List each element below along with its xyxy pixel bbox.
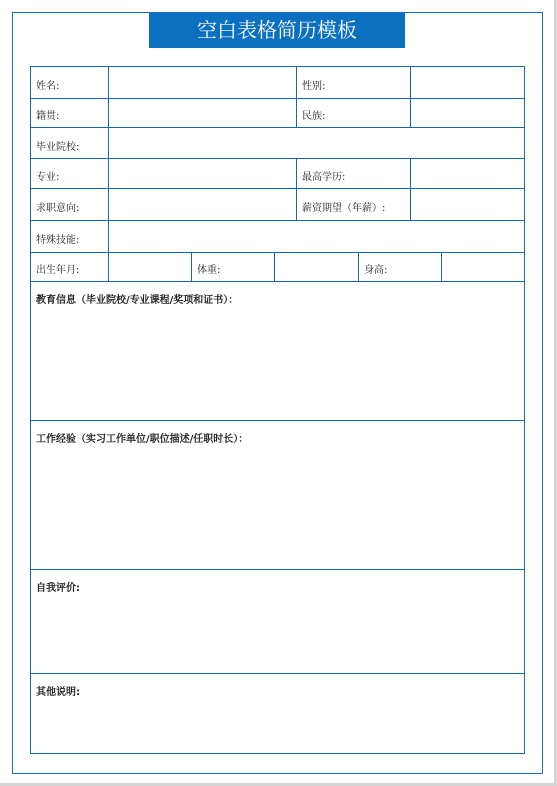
job-intention-field[interactable] — [108, 188, 297, 221]
height-field[interactable] — [441, 252, 525, 282]
self-evaluation-section[interactable] — [30, 569, 525, 674]
school-field[interactable] — [108, 127, 525, 159]
ethnicity-field[interactable] — [410, 98, 525, 128]
salary-label: 薪资期望（年薪）: — [302, 199, 385, 214]
salary-field[interactable] — [410, 188, 525, 221]
skills-label: 特殊技能: — [36, 231, 79, 246]
self-evaluation-label: 自我评价: — [36, 579, 80, 594]
gender-field[interactable] — [410, 66, 525, 99]
major-label: 专业: — [36, 168, 59, 183]
ethnicity-label: 民族: — [302, 107, 325, 122]
major-field[interactable] — [108, 158, 297, 189]
job-intention-label: 求职意向: — [36, 199, 79, 214]
skills-field[interactable] — [108, 220, 525, 253]
education-section-label: 教育信息（毕业院校/专业课程/奖项和证书）： — [36, 291, 238, 306]
native-place-field[interactable] — [108, 98, 297, 128]
other-notes-section[interactable] — [30, 673, 525, 754]
name-label: 姓名: — [36, 77, 59, 92]
native-place-label: 籍贯: — [36, 107, 59, 122]
work-section-label: 工作经验（实习工作单位/职位描述/任职时长）： — [36, 430, 248, 445]
height-label: 身高: — [364, 261, 387, 276]
school-label: 毕业院校: — [36, 138, 79, 153]
education-level-field[interactable] — [410, 158, 525, 189]
gender-label: 性别: — [302, 77, 325, 92]
resume-page: 空白表格简历模板 姓名: 性别: 籍贯: 民族: 毕业院校: 专业: 最高学历:… — [0, 0, 554, 783]
weight-field[interactable] — [274, 252, 359, 282]
weight-label: 体重: — [197, 261, 220, 276]
birth-label: 出生年月: — [36, 261, 79, 276]
other-notes-label: 其他说明: — [36, 683, 80, 698]
name-field[interactable] — [108, 66, 297, 99]
birth-field[interactable] — [108, 252, 192, 282]
education-level-label: 最高学历: — [302, 168, 345, 183]
page-title: 空白表格简历模板 — [149, 13, 405, 48]
